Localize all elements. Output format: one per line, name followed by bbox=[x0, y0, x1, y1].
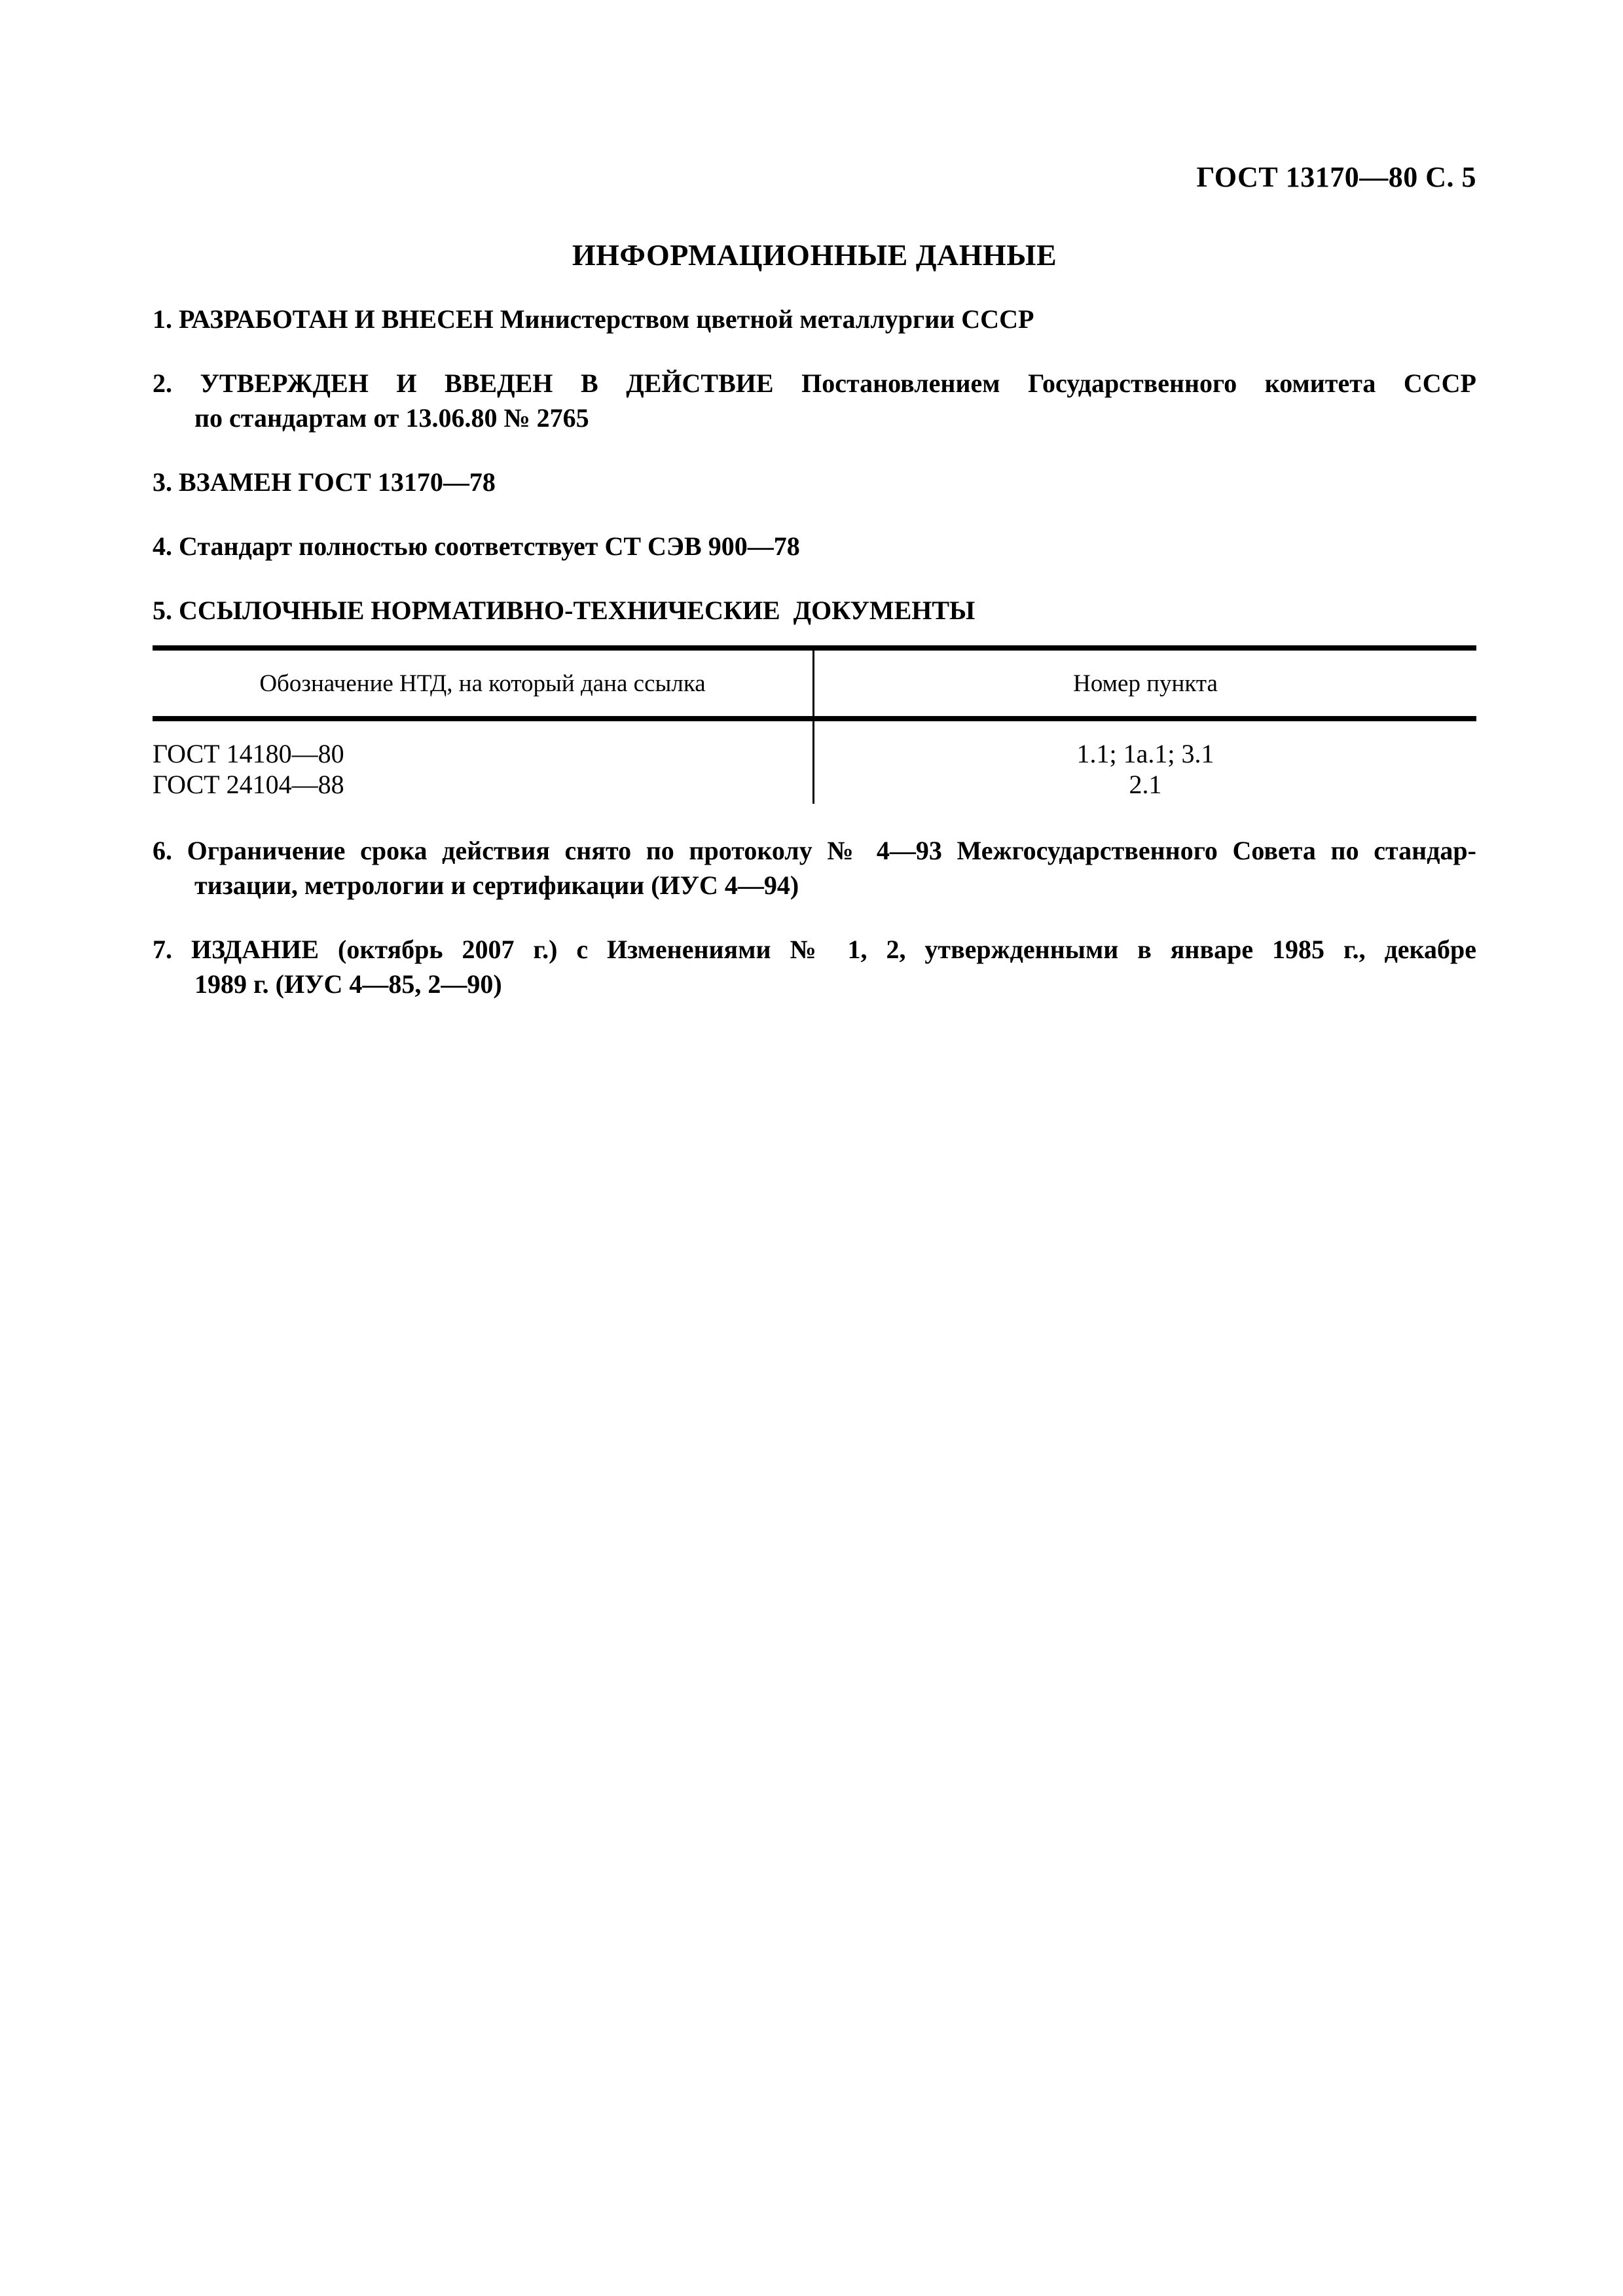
references-table-punkt-column: 1.1; 1а.1; 3.1 2.1 bbox=[814, 721, 1476, 804]
clause-6-line-2: тизации, метрологии и сертификации (ИУС … bbox=[194, 868, 1476, 903]
table-cell-punkt-row-2: 2.1 bbox=[814, 769, 1476, 800]
clause-3-line-1: 3. ВЗАМЕН ГОСТ 13170—78 bbox=[153, 465, 1476, 499]
clause-2: 2. УТВЕРЖДЕН И ВВЕДЕН В ДЕЙСТВИЕ Постано… bbox=[153, 366, 1476, 435]
clause-6-line-1: 6. Ограничение срока действия снято по п… bbox=[153, 833, 1476, 868]
clause-5: 5. ССЫЛОЧНЫЕ НОРМАТИВНО-ТЕХНИЧЕСКИЕ ДОКУ… bbox=[153, 593, 1476, 628]
references-table: Обозначение НТД, на который дана ссылка … bbox=[153, 645, 1476, 804]
clause-7-line-2: 1989 г. (ИУС 4—85, 2—90) bbox=[194, 967, 1476, 1001]
clause-4-line-1: 4. Стандарт полностью соответствует СТ С… bbox=[153, 529, 1476, 564]
clause-2-line-1: 2. УТВЕРЖДЕН И ВВЕДЕН В ДЕЙСТВИЕ Постано… bbox=[153, 366, 1476, 401]
page-content: ГОСТ 13170—80 С. 5 ИНФОРМАЦИОННЫЕ ДАННЫЕ… bbox=[0, 0, 1623, 1001]
references-table-body: ГОСТ 14180—80 ГОСТ 24104—88 1.1; 1а.1; 3… bbox=[153, 721, 1476, 804]
clause-7-line-1: 7. ИЗДАНИЕ (октябрь 2007 г.) с Изменения… bbox=[153, 932, 1476, 967]
clause-7: 7. ИЗДАНИЕ (октябрь 2007 г.) с Изменения… bbox=[153, 932, 1476, 1001]
clause-4: 4. Стандарт полностью соответствует СТ С… bbox=[153, 529, 1476, 564]
clause-1: 1. РАЗРАБОТАН И ВНЕСЕН Министерством цве… bbox=[153, 302, 1476, 336]
column-header-clause-number: Номер пункта bbox=[814, 651, 1476, 716]
table-cell-punkt-row-1: 1.1; 1а.1; 3.1 bbox=[814, 738, 1476, 769]
clause-6: 6. Ограничение срока действия снято по п… bbox=[153, 833, 1476, 903]
clause-2-line-2: по стандартам от 13.06.80 № 2765 bbox=[194, 401, 1476, 435]
clause-5-line-1: 5. ССЫЛОЧНЫЕ НОРМАТИВНО-ТЕХНИЧЕСКИЕ ДОКУ… bbox=[153, 593, 1476, 628]
column-header-ntd-designation: Обозначение НТД, на который дана ссылка bbox=[153, 651, 814, 716]
clause-list: 1. РАЗРАБОТАН И ВНЕСЕН Министерством цве… bbox=[153, 302, 1476, 1001]
clause-1-line-1: 1. РАЗРАБОТАН И ВНЕСЕН Министерством цве… bbox=[153, 302, 1476, 336]
clause-3: 3. ВЗАМЕН ГОСТ 13170—78 bbox=[153, 465, 1476, 499]
page-header-reference: ГОСТ 13170—80 С. 5 bbox=[153, 161, 1476, 194]
table-cell-ntd-row-2: ГОСТ 24104—88 bbox=[153, 769, 812, 800]
document-page: ГОСТ 13170—80 С. 5 ИНФОРМАЦИОННЫЕ ДАННЫЕ… bbox=[0, 0, 1623, 2296]
references-table-header-row: Обозначение НТД, на который дана ссылка … bbox=[153, 651, 1476, 721]
references-table-ntd-column: ГОСТ 14180—80 ГОСТ 24104—88 bbox=[153, 721, 814, 804]
document-title: ИНФОРМАЦИОННЫЕ ДАННЫЕ bbox=[153, 238, 1476, 272]
table-cell-ntd-row-1: ГОСТ 14180—80 bbox=[153, 738, 812, 769]
